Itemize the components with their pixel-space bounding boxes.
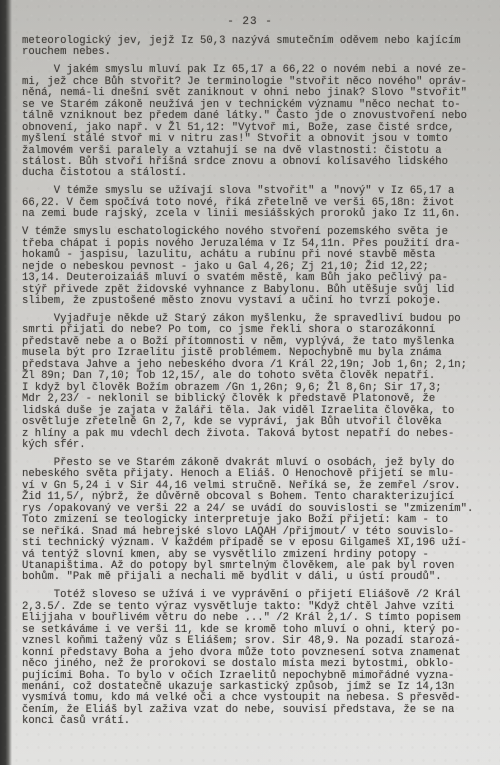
text-line: něco jiného, než že prorokovi se dostalo…: [22, 659, 484, 670]
paragraph: Totéž sloveso se užívá i ve vyprávění o …: [22, 590, 484, 727]
paragraph: V témže smyslu eschatologického nového s…: [22, 227, 484, 307]
paragraph: Přesto se ve Starém zákoně dvakrát mluví…: [22, 458, 484, 584]
text-line: kých sfér.: [22, 440, 484, 451]
text-line: 13,14. Deuteroizaiáš mluví o svatém měst…: [22, 273, 484, 284]
page-text: meteorologický jev, jejž Iz 50,3 nazývá …: [22, 36, 484, 734]
text-line: vznesl koňmi tažený vůz s Eliášem; srov.…: [22, 636, 484, 647]
text-line: osvětluje zřetelně Gn 2,7, kde se vypráv…: [22, 417, 484, 428]
text-line: na zemi bude rajský, zcela v linii mesiá…: [22, 209, 484, 220]
text-line: konci časů vrátí.: [22, 716, 484, 727]
text-line: myšlení stálé stvoř mi v nitru zas!" Stv…: [22, 134, 484, 145]
text-line: hokamů - jaspisu, lazulitu, achátu a rub…: [22, 250, 484, 261]
text-line: z hlíny a pak mu vdechl dech života. Tak…: [22, 429, 484, 440]
page-number: - 23 -: [0, 16, 500, 28]
text-line: ducha čistotou a stálostí.: [22, 168, 484, 179]
scanned-document-page: - 23 - meteorologický jev, jejž Iz 50,3 …: [0, 0, 500, 765]
text-line: bohům. "Pak mě přijali a nechali mě bydl…: [22, 572, 484, 583]
text-line: tálně vzniknout bez předem dané látky." …: [22, 111, 484, 122]
paragraph: Vyjadřuje někde už Starý zákon myšlenku,…: [22, 314, 484, 451]
text-line: Toto zmizení se teologicky interpretuje …: [22, 515, 484, 526]
scan-edge-shadow: [0, 0, 12, 765]
paragraph: meteorologický jev, jejž Iz 50,3 nazývá …: [22, 36, 484, 59]
text-line: rouchem nebes.: [22, 47, 484, 58]
paragraph: V jakém smyslu mluví pak Iz 65,17 a 66,2…: [22, 65, 484, 180]
text-line: Žl 89n; Dan 7,10; Tob 12,15/, ale do toh…: [22, 371, 484, 382]
text-line: Mdr 2,23/ - neklonil se biblický člověk …: [22, 394, 484, 405]
text-line: sti technický význam. V každém případě s…: [22, 538, 484, 549]
paragraph: V témže smyslu se užívají slova "stvořit…: [22, 186, 484, 220]
text-line: slibem, že zpustošené město znovu vystav…: [22, 296, 484, 307]
text-line: Žid 11,5/, nýbrž, že důvěrně obcoval s B…: [22, 492, 484, 503]
